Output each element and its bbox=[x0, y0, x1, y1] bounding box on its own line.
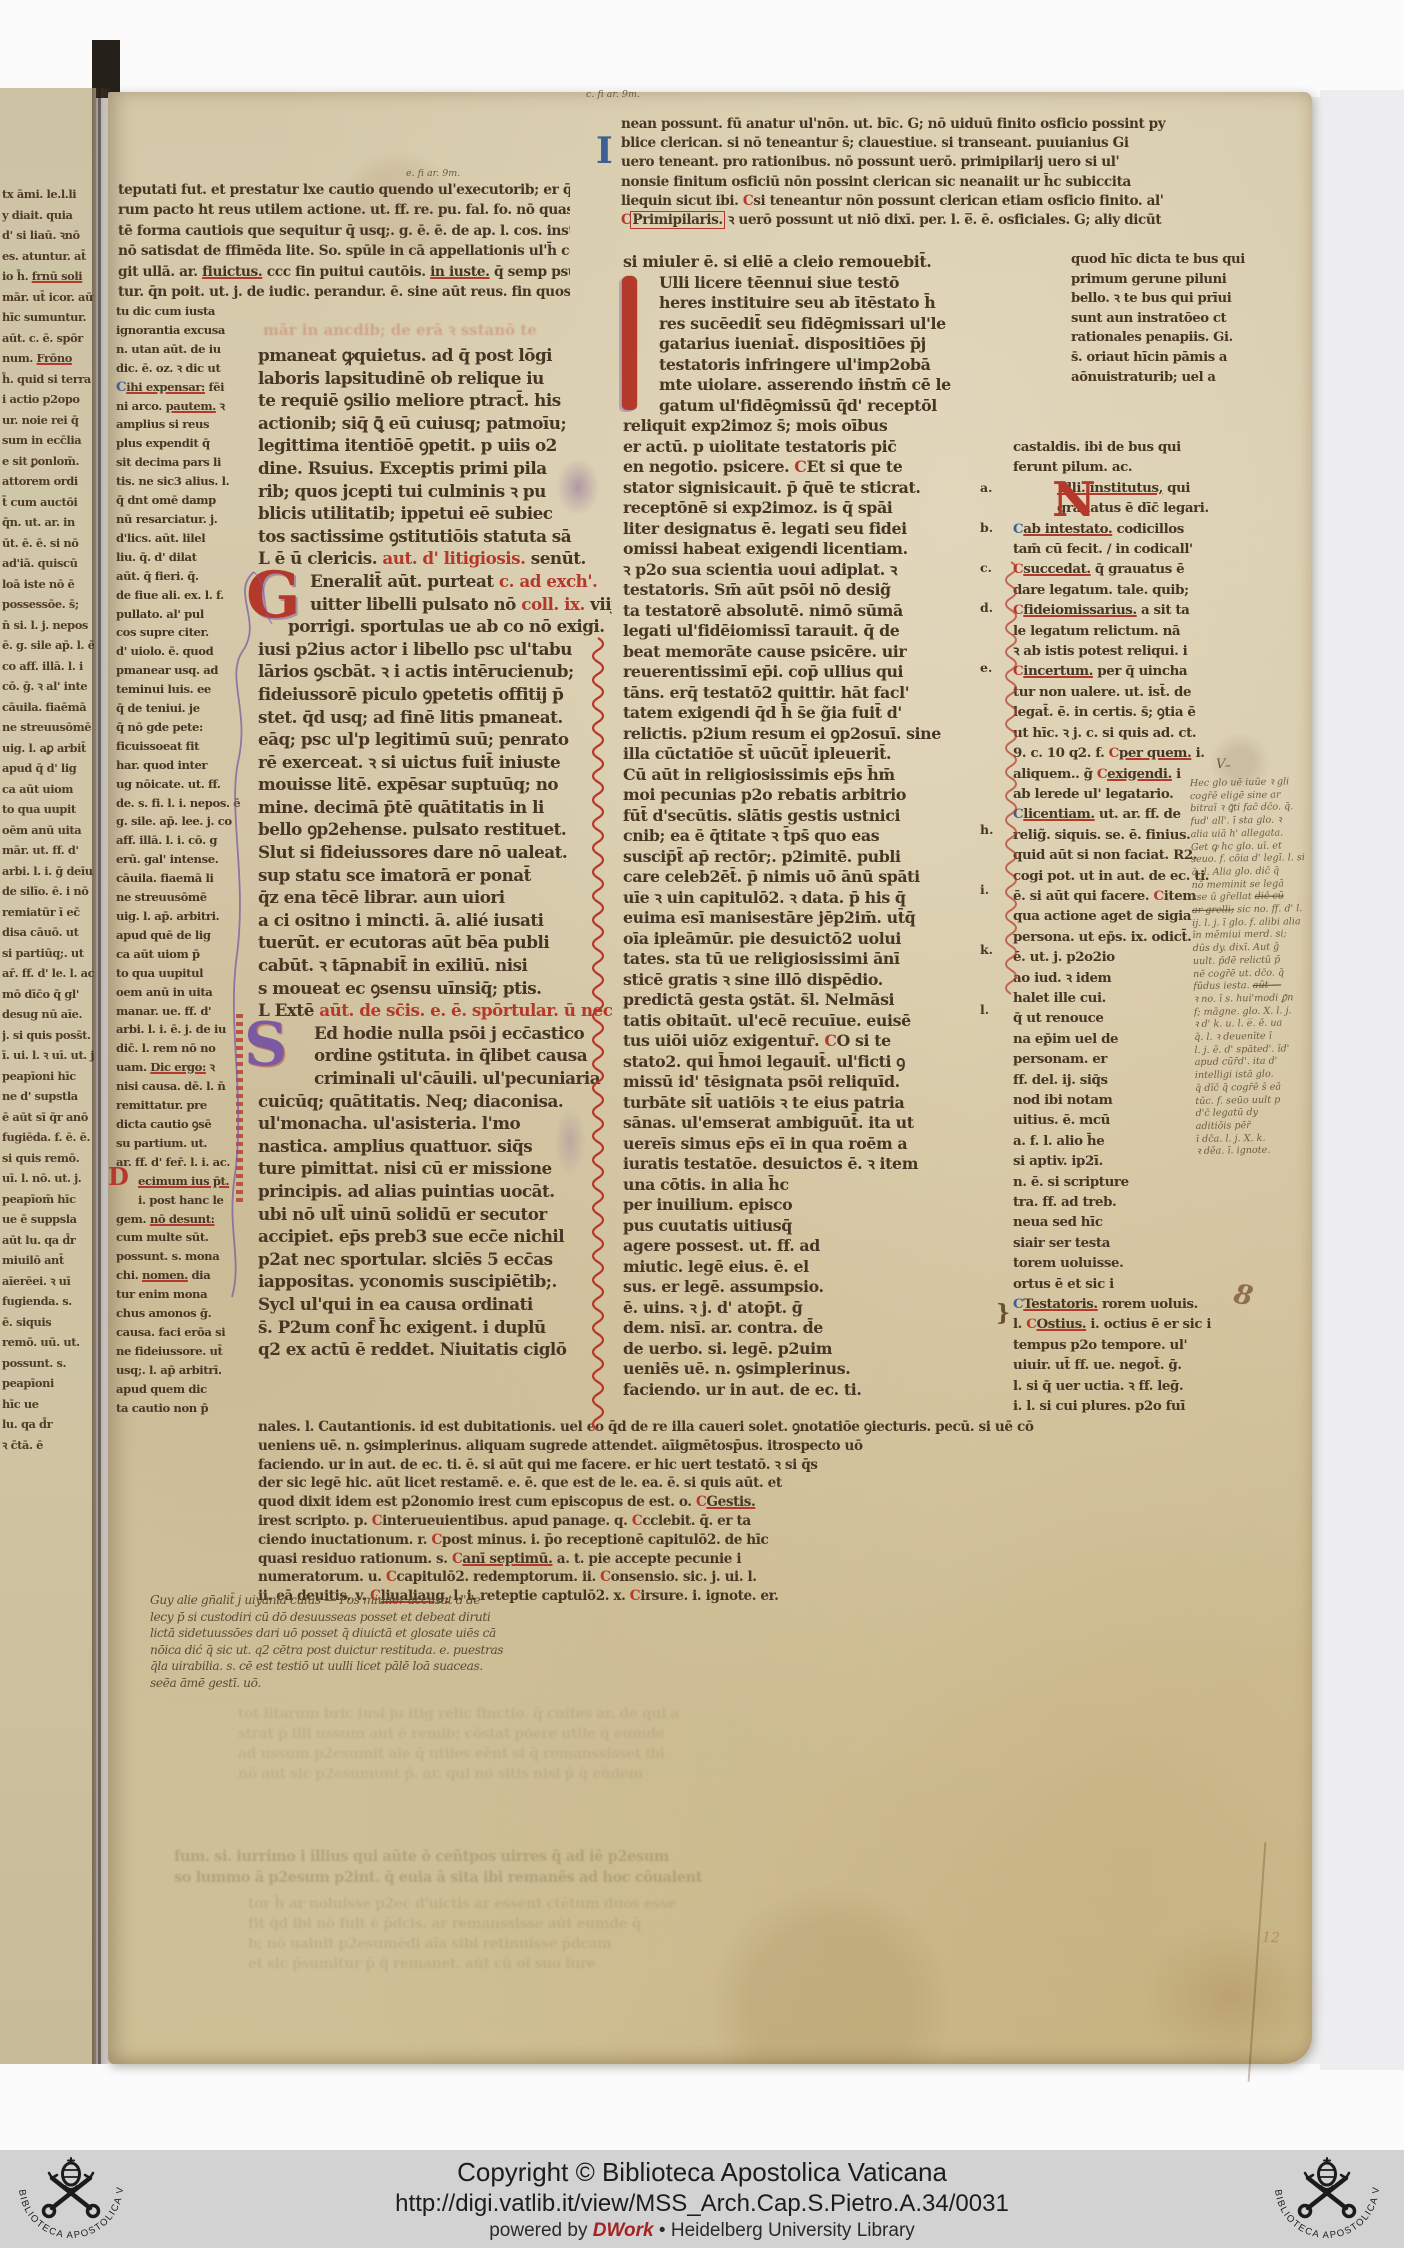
manuscript-line: ueniens uē. n. ꝯsimplerinus. aliquam sug… bbox=[258, 1437, 1120, 1456]
manuscript-line: ī. ui. l. ꝛ uī. ut. j. bbox=[2, 1045, 94, 1066]
manuscript-line: tos sactissime ꝯstitutiōis statuta sā bbox=[258, 525, 612, 548]
manuscript-line: rē exerceat. ꝛ si uictus fuit̄ iniuste bbox=[258, 751, 612, 774]
manuscript-line: ad'iā. quiscū bbox=[2, 553, 94, 574]
manuscript-line: ubi nō ult̄ uinū solidū er secutor bbox=[258, 1203, 612, 1226]
manuscript-line: sus. er legē. assumpsio. bbox=[623, 1277, 1017, 1298]
manuscript-scan-viewer: tx āmi. le.l.liy diait. quiad' si liaū. … bbox=[0, 0, 1404, 2248]
manuscript-line: oēm anū uita bbox=[2, 820, 94, 841]
manuscript-line: relictis. p2ium resum ei ꝯp2osuī. sine bbox=[623, 724, 1017, 745]
manuscript-line: peapīoni bbox=[2, 1373, 94, 1394]
manuscript-line: possunt. s. bbox=[2, 1353, 94, 1374]
manuscript-line: rum pacto ht reus utilem actione. ut. ff… bbox=[118, 200, 570, 220]
manuscript-line: tempus p2o tempore. ul' bbox=[1013, 1335, 1309, 1355]
manuscript-line: iappositas. yconomis suscipiētib;. bbox=[258, 1270, 612, 1293]
apparatus-index-letter: k. bbox=[980, 942, 1002, 957]
manuscript-line: liequin sicut ibi. Csi teneantur nōn pos… bbox=[621, 192, 1297, 211]
manuscript-line: ūt. ē. ē. si nō bbox=[2, 533, 94, 554]
top-gloss-block: teputati fut. et prestatur lxe cautio qu… bbox=[118, 180, 570, 302]
manuscript-line: principis. ad alias puintias uocāt. bbox=[258, 1180, 612, 1203]
red-zigzag-divider bbox=[588, 638, 608, 1428]
manuscript-line: stato2. qui h̄moi legauit̄. ul'ficti ꝯ bbox=[623, 1052, 1017, 1073]
manuscript-line: tatem exigendi q̄d h̄ s̄e g̃ia fuit̄ d' bbox=[623, 703, 1017, 724]
apparatus-index-letter: a. bbox=[980, 480, 1002, 495]
manuscript-line: n. utan aūt. de iu bbox=[116, 340, 254, 359]
manuscript-line: turbāte sit̄ uatiōis ꝛ te eius patria bbox=[623, 1093, 1017, 1114]
manuscript-line: pmaneat ꝙquietus. ad q̄ post lōgi bbox=[258, 344, 612, 367]
manuscript-line: actionib; siq̄ ꝗ̄ eū cuiusq; patmoīu; bbox=[258, 412, 612, 435]
bleedthrough-text-2: fum. si. iurrimo i illius qui aūte ō ceñ… bbox=[174, 1846, 1134, 1888]
manuscript-line: pus cuutatis uitiusq̄ bbox=[623, 1216, 1017, 1237]
manuscript-line: tra. ff. ad treb. bbox=[1013, 1192, 1309, 1212]
facing-page-strip: tx āmi. le.l.liy diait. quiad' si liaū. … bbox=[0, 88, 96, 2064]
manuscript-line: nō aut sic p2esumunt p̄. ar. qui nō siti… bbox=[238, 1764, 1138, 1784]
scanner-background-bottom bbox=[0, 2064, 1404, 2150]
manuscript-line: lecy p̄ si custodiri cū dō desuusseas po… bbox=[150, 1609, 630, 1626]
manuscript-line: so lummo ā p2esum p2int. q̄ euia ā sita … bbox=[174, 1867, 1134, 1888]
manuscript-line: q̄z ena tēcē librar. aun uiori bbox=[258, 886, 612, 909]
source-url: http://digi.vatlib.it/view/MSS_Arch.Cap.… bbox=[395, 2190, 1009, 2218]
manuscript-line: q̄ dnt omē damp bbox=[116, 491, 254, 510]
bottom-commentary-block: nales. l. Cautantionis. id est dubitatio… bbox=[258, 1418, 1120, 1606]
manuscript-line: es. atuntur. at̄ bbox=[2, 246, 94, 267]
manuscript-line: sum in ecc̄lia bbox=[2, 430, 94, 451]
quire-numeral: I bbox=[596, 130, 613, 172]
manuscript-line: ta testatorē absolutē. nimō sūmā bbox=[623, 601, 1017, 622]
manuscript-line: p2at nec sportular. slciēs 5 ecc̄as bbox=[258, 1248, 612, 1271]
dwork-brand: DWork bbox=[593, 2220, 654, 2241]
manuscript-line: legat̄. ē. in certis. s̄; ꝯtia ē bbox=[1013, 702, 1309, 722]
vatican-library-seal-right: BIBLIOTECA APOSTOLICA VATICANA bbox=[1264, 2150, 1390, 2246]
manuscript-line: predictā gesta ꝯstāt. s̄l. Nelmāsi bbox=[623, 990, 1017, 1011]
manuscript-line: s̄. P2um conf̄ h̄c exigent. i duplū bbox=[258, 1316, 612, 1339]
manuscript-line: si miuler ē. si eliē a cleio remouebit̄. bbox=[623, 252, 1017, 273]
manuscript-line: ordine ꝯstituta. in q̄libet causa bbox=[258, 1044, 612, 1067]
manuscript-line: apud q̄ d' lig bbox=[2, 758, 94, 779]
manuscript-line: tx āmi. le.l.li bbox=[2, 184, 94, 205]
manuscript-line: ut hīc. ꝛ j. c. si quis ad. ct. bbox=[1013, 723, 1309, 743]
manuscript-line: ca aūt uiom bbox=[2, 779, 94, 800]
manuscript-line: res sucēedit̄ seu fidēꝯmissari ul'le bbox=[623, 314, 1017, 335]
manuscript-line: le legatum relictum. nā bbox=[1013, 621, 1309, 641]
manuscript-line: lārios ꝯscbāt. ꝛ i actis intērucienub; bbox=[258, 660, 612, 683]
manuscript-line: criminali ul'cāuili. ul'pecuniaria bbox=[258, 1067, 612, 1090]
manuscript-line: d' si liaū. ꝛnō bbox=[2, 225, 94, 246]
manuscript-line: et sic p̄sumitur p̄ q̄ remanet. aūt cū o… bbox=[248, 1954, 1088, 1974]
manuscript-line: aūt lu. qa d̄r bbox=[2, 1230, 94, 1251]
manuscript-line: ꝛ p2o sua scientia uoui adiplat. ꝛ bbox=[623, 560, 1017, 581]
manuscript-line: mine. decimā p̄tē quātitatis in li bbox=[258, 796, 612, 819]
apparatus-index-letter: h. bbox=[980, 822, 1002, 837]
manuscript-line: lictā sidetuussōes dari uō posset q̄ diu… bbox=[150, 1625, 630, 1642]
manuscript-line: mār. ut̄ icor. aūt. bbox=[2, 287, 94, 308]
manuscript-line: gatarius iueniat̄. dispositiōes p̄j bbox=[623, 334, 1017, 355]
manuscript-line: una cōtis. in alia h̄c bbox=[623, 1175, 1017, 1196]
manuscript-line: cō. ḡ. ꝛ al' inte bbox=[2, 676, 94, 697]
manuscript-line: per inuilium. episco bbox=[623, 1195, 1017, 1216]
manuscript-line: faciendo. ur in aut. de ec. ti. ē. si aū… bbox=[258, 1456, 1120, 1475]
manuscript-line: eāq; psc ul'p legitimū suū; penrato bbox=[258, 728, 612, 751]
manuscript-line: t̄ cum auctōi bbox=[2, 492, 94, 513]
manuscript-line: nales. l. Cautantionis. id est dubitatio… bbox=[258, 1418, 1120, 1437]
manuscript-line: nō satisdat de ffimēda lite. So. spūle i… bbox=[118, 241, 570, 261]
manuscript-line: tot litarum bric iusi ju itig relic finc… bbox=[238, 1704, 1138, 1724]
manuscript-line: en negotio. psicere. CEt si que te bbox=[623, 457, 1017, 478]
manuscript-line: chus amonos ḡ. bbox=[116, 1304, 254, 1323]
manuscript-line: fideiussorē piculo ꝯpetetis offitij p̄ bbox=[258, 683, 612, 706]
manuscript-line: causa. faci erōa si bbox=[116, 1323, 254, 1342]
manuscript-line: Guy alie gn̄alit̄ j uiyania cuius — Pos … bbox=[150, 1592, 630, 1609]
manuscript-line: te requiē ꝯsilio meliore ptract̄. his bbox=[258, 389, 612, 412]
manuscript-line: lu. qa d̄r bbox=[2, 1414, 94, 1435]
manuscript-line: i. l. si cui plures. p2o fuī bbox=[1013, 1396, 1309, 1416]
manuscript-line: ciendo inuctationum. r. Cpost minus. i. … bbox=[258, 1531, 1120, 1550]
manuscript-line: ta cautio non p̄ bbox=[116, 1399, 254, 1418]
manuscript-line: mār. ut. ff. d' bbox=[2, 840, 94, 861]
manuscript-line: sānas. ul'emserat ambiguūt̄. ita ut bbox=[623, 1113, 1017, 1134]
manuscript-line: j. si quis poss̄t. bbox=[2, 1025, 94, 1046]
manuscript-line: num. Frōno bbox=[2, 348, 94, 369]
manuscript-line: porrigi. sportulas ue ab co nō exigi. bbox=[258, 615, 612, 638]
manuscript-line: stator signisicauit. p̄ q̄uē te sticrat. bbox=[623, 478, 1017, 499]
manuscript-line: uī. l. nō. ut. j. bbox=[2, 1168, 94, 1189]
manuscript-line: illa cūctatiōe st̄ uūcūt̄ ipleuerit̄. bbox=[623, 744, 1017, 765]
manuscript-line: uitter libelli pulsato nō coll. ix. viij… bbox=[258, 593, 612, 616]
manuscript-line: gatum ul'fidēꝯmissū q̄d' receptōl bbox=[623, 396, 1017, 417]
manuscript-line: nōica dić q̄ sic ut. q2 cētra post duict… bbox=[150, 1642, 630, 1659]
manuscript-line: s moueat ec ꝯsensu uīnsiq̄; ptis. bbox=[258, 977, 612, 1000]
manuscript-line: uiuir. ut̄ ff. ue. negot̄. ḡ. bbox=[1013, 1355, 1309, 1375]
manuscript-line: care celeb2ēt̄. p̄ nimis uō ānū spāti bbox=[623, 867, 1017, 888]
manuscript-line: apud quem dic bbox=[116, 1380, 254, 1399]
manuscript-line: e sit ꝑonlom̄. bbox=[2, 451, 94, 472]
manuscript-line: loā iste nō ē bbox=[2, 574, 94, 595]
manuscript-line: attorem ordi bbox=[2, 471, 94, 492]
manuscript-line: ne streuusōmē bbox=[2, 717, 94, 738]
manuscript-line: primum gerune piluni bbox=[1071, 270, 1303, 290]
manuscript-line: fugiēda. f. ē. ē. bbox=[2, 1127, 94, 1148]
manuscript-line: n. ē. si scripture bbox=[1013, 1172, 1309, 1192]
manuscript-line: seuo. f. cōia d' legī. l. si bbox=[1191, 852, 1311, 867]
manuscript-line: ueniēs uē. n. ꝯsimplerinus. bbox=[623, 1359, 1017, 1380]
manuscript-page: I c. fi ar. 9m. e. fi ar. 9m. mār in anc… bbox=[108, 92, 1312, 2064]
manuscript-line: sticē gratis ꝛ sine illō dispēdio. bbox=[623, 970, 1017, 991]
manuscript-line: tāns. erq̄ testatō2 quittir. hāt facl' bbox=[623, 683, 1017, 704]
manuscript-line: moi pecunias p2o rebatis arbitrio bbox=[623, 785, 1017, 806]
manuscript-line: possessōe. s̄; bbox=[2, 594, 94, 615]
manuscript-line: euima esī manisestāre jēp2im̄. ut̄q̄ bbox=[623, 908, 1017, 929]
manuscript-line: arbi. l. i. ḡ deīu bbox=[2, 861, 94, 882]
right-column-top-gloss: nean possunt. fū anatur ul'nōn. ut. bīc.… bbox=[621, 115, 1297, 230]
manuscript-line: iusi p2ius actor i libello psc ul'tabu bbox=[258, 638, 612, 661]
manuscript-line: L ē ū clericis. aut. d' litigiosis. senū… bbox=[258, 547, 612, 570]
manuscript-line: aōnuistraturib; uel a bbox=[1071, 368, 1303, 388]
manuscript-line: l. COstius. i. octius ē er sic i bbox=[1013, 1314, 1309, 1334]
manuscript-line: blice clerican. si nō teneantur s̄; clau… bbox=[621, 134, 1297, 153]
manuscript-line: ur. noie rei q̄ bbox=[2, 410, 94, 431]
manuscript-line: numeratorum. u. Ccapitulō2. redemptorum.… bbox=[258, 1568, 1120, 1587]
manuscript-line: de uerbo. si. legē. p2uim bbox=[623, 1339, 1017, 1360]
vatican-library-seal-left: BIBLIOTECA APOSTOLICA VATICANA bbox=[8, 2150, 134, 2246]
apparatus-index-letter: b. bbox=[980, 520, 1002, 535]
manuscript-line: blicis utilitatib; ippetui eē subiec bbox=[258, 502, 612, 525]
manuscript-line: nonsie finitum osficiū nōn possint cleri… bbox=[621, 173, 1297, 192]
manuscript-line: y diait. quia bbox=[2, 205, 94, 226]
manuscript-line: to qua uupit bbox=[2, 799, 94, 820]
manuscript-line: Slut si fideiussores dare nō ualeat. bbox=[258, 841, 612, 864]
manuscript-line: peapīoni hīc bbox=[2, 1066, 94, 1087]
manuscript-line: de silīo. ē. i nō bbox=[2, 881, 94, 902]
manuscript-line: mte uiolare. asserendo in̄stm̄ cē le bbox=[623, 375, 1017, 396]
manuscript-line: liter designatus ē. legati seu fidei bbox=[623, 519, 1017, 540]
manuscript-line: bello. ꝛ te bus qui prīui bbox=[1071, 289, 1303, 309]
manuscript-line: neua sed hīc bbox=[1013, 1212, 1309, 1232]
manuscript-line: ne d' supstla bbox=[2, 1086, 94, 1107]
apparatus-index-letter: i. bbox=[980, 882, 1002, 897]
apparatus-index-letter: e. bbox=[980, 660, 1002, 675]
manuscript-line: siair ser testa bbox=[1013, 1233, 1309, 1253]
manuscript-line: miuilō ant̄ bbox=[2, 1250, 94, 1271]
viewer-footer-bar: Copyright © Biblioteca Apostolica Vatica… bbox=[0, 2150, 1404, 2248]
purple-penwork-flourish bbox=[220, 562, 280, 1302]
manuscript-line: CTestatoris. rorem uoluis. bbox=[1013, 1294, 1309, 1314]
manuscript-line: git ullā. ar. fiuictus. ccc fin puitui c… bbox=[118, 262, 570, 282]
powered-separator: • bbox=[654, 2220, 671, 2241]
scanner-background-right bbox=[1320, 90, 1404, 2070]
manuscript-line: ꝛ c̄tā. ē bbox=[2, 1435, 94, 1456]
manuscript-line: h̄. quid si terra bbox=[2, 369, 94, 390]
manuscript-line: cnib; ea ē q̄titate ꝛ t̄ps̄ quo eas bbox=[623, 826, 1017, 847]
manuscript-line: fugienda. s. bbox=[2, 1291, 94, 1312]
manuscript-line: castaldis. ibi de bus qui bbox=[1013, 437, 1309, 457]
manuscript-line: teputati fut. et prestatur lxe cautio qu… bbox=[118, 180, 570, 200]
manuscript-line: tis. ne sic3 alius. l. bbox=[116, 472, 254, 491]
manuscript-line: dem. nisī. ar. contra. d̄e bbox=[623, 1318, 1017, 1339]
manuscript-line: sit decima pars li bbox=[116, 453, 254, 472]
manuscript-line: Ulli licere tēennui siue testō bbox=[623, 273, 1017, 294]
manuscript-line: quod hīc dicta te bus qui bbox=[1071, 250, 1303, 270]
manuscript-line: plus expendit q̄ bbox=[116, 434, 254, 453]
manuscript-line: bello ꝯp2ehense. pulsato restituet. bbox=[258, 818, 612, 841]
manuscript-line: Sycl ul'qui in ea causa ordinati bbox=[258, 1293, 612, 1316]
manuscript-line: ni arco. pautem. ꝛ bbox=[116, 397, 254, 416]
manuscript-line: cāuila. fiaēmā bbox=[2, 697, 94, 718]
manuscript-line: sunt aun instratōeo ct bbox=[1071, 309, 1303, 329]
manuscript-line: uereīs simus ep̄s eī in qua roēm a bbox=[623, 1134, 1017, 1155]
manuscript-line: reuerentissimī ep̄i. cop̄ ullius qui bbox=[623, 662, 1017, 683]
manuscript-line: strat p̄ illi ussum aut ē remib; cōstat … bbox=[238, 1724, 1138, 1744]
manuscript-line: rationales penapiis. Gi. bbox=[1071, 328, 1303, 348]
manuscript-line: ue ē suppsla bbox=[2, 1209, 94, 1230]
manuscript-line: cabūt. ꝛ tāpnabit̄ in exiliū. nisi bbox=[258, 954, 612, 977]
manuscript-line: d'lics. aūt. lilel bbox=[116, 529, 254, 548]
manuscript-line: hīc ue bbox=[2, 1394, 94, 1415]
facing-page-text: tx āmi. le.l.liy diait. quiad' si liaū. … bbox=[2, 184, 94, 1455]
manuscript-line: ne fideiussore. ut̄ bbox=[116, 1342, 254, 1361]
manuscript-line: desug nū aīe. bbox=[2, 1004, 94, 1025]
manuscript-line: tam̄ cū fecit. / in codicall' bbox=[1013, 539, 1309, 559]
manuscript-line: Cincertum. per q̄ uincha bbox=[1013, 661, 1309, 681]
gloss-insertion-mark: V˶ bbox=[1216, 756, 1230, 772]
manuscript-line: dare legatum. tale. quib; bbox=[1013, 580, 1309, 600]
manuscript-line: tur non ualere. ut. ist̄. de bbox=[1013, 682, 1309, 702]
decorated-initial-D: D bbox=[108, 1162, 129, 1191]
bleedthrough-text-3: tor h̄ ar noluisse p2ec d'uictis ar esse… bbox=[248, 1894, 1088, 1974]
manuscript-line: n̄ si. l. j. nepos bbox=[2, 615, 94, 636]
manuscript-line: uīe ꝛ uin capitulō2. ꝛ data. p̄ his q̄ bbox=[623, 888, 1017, 909]
manuscript-line: accipiet. ep̄s preb3 sue ecc̄e nichil bbox=[258, 1225, 612, 1248]
manuscript-line: si quis remō. bbox=[2, 1148, 94, 1169]
manuscript-line: a ci ositno i mincti. ā. alié iusati bbox=[258, 909, 612, 932]
top-margin-note-2: e. fi ar. 9m. bbox=[406, 168, 460, 179]
manuscript-line: testatoris. Sm̄ aūt psōi nō desig̃ bbox=[623, 580, 1017, 601]
manuscript-line: testatoris infringere ul'imp2obā bbox=[623, 355, 1017, 376]
manuscript-line: miutic. legē eius. ē. el bbox=[623, 1257, 1017, 1278]
manuscript-line: seēa āmē gestī. uō. bbox=[150, 1675, 630, 1692]
manuscript-line: ē. siquis bbox=[2, 1312, 94, 1333]
manuscript-line: receptōnē si exp2imoz. is q̄ spāi bbox=[623, 498, 1017, 519]
manuscript-line: cuicūq; quātitatis. Neq; diaconisa. bbox=[258, 1090, 612, 1113]
manuscript-line: b; nō ualuit p2esumēdi aīa sibi retinuis… bbox=[248, 1934, 1088, 1954]
manuscript-line: legati ul'fidēiomissī tarauit. q̄ de bbox=[623, 621, 1017, 642]
manuscript-line: agere possest. ut. ff. ad bbox=[623, 1236, 1017, 1257]
margin-cursive-gloss: Hec glo uē iuūe ꝛ glicogr̄ē eligē sine a… bbox=[1190, 776, 1317, 1159]
decorated-initial-I-bar bbox=[622, 276, 637, 410]
manuscript-line: laboris lapsitudinē ob relique iu bbox=[258, 367, 612, 390]
apparatus-top-block: quod hīc dicta te bus quiprimum gerune p… bbox=[1071, 250, 1303, 387]
manuscript-line: ꝛ ab istis potest reliqui. i bbox=[1013, 641, 1309, 661]
manuscript-line: torem uoluisse. bbox=[1013, 1253, 1309, 1273]
manuscript-line: tur. q̄n poit. ut. j. de iudic. perandur… bbox=[118, 282, 570, 302]
manuscript-line: fum. si. iurrimo i illius qui aūte ō ceñ… bbox=[174, 1846, 1134, 1867]
manuscript-line: i actio p2opo bbox=[2, 389, 94, 410]
manuscript-line: 9. c. 10 q2. f. Cper quem. i. bbox=[1013, 743, 1309, 763]
manuscript-line: fit q̄d ibi nō fuit ē p̄dcis. ar remanss… bbox=[248, 1914, 1088, 1934]
manuscript-line: tor h̄ ar noluisse p2ec d'uictis ar esse… bbox=[248, 1894, 1088, 1914]
manuscript-line: dic. ē. oz. ꝛ dic ut bbox=[116, 359, 254, 378]
red-zigzag-divider-2 bbox=[1001, 562, 1021, 982]
manuscript-line: oīa ipleāmūr. pie desuictō2 uolui bbox=[623, 929, 1017, 950]
manuscript-line: tates. sta tū ue religiosissimi ānī bbox=[623, 949, 1017, 970]
manuscript-line: L Extē aūt. de sc̄is. e. ē. spōrtular. ū… bbox=[258, 999, 612, 1022]
cursive-addition-block: Guy alie gn̄alit̄ j uiyania cuius — Pos … bbox=[150, 1592, 630, 1692]
manuscript-line: suscip̄t̄ ap̄ rectōr;. p2imitē. publi bbox=[623, 847, 1017, 868]
manuscript-line: ignorantia excusa bbox=[116, 321, 254, 340]
manuscript-line: Cfideiomissarius. a sit ta bbox=[1013, 600, 1309, 620]
manuscript-line: si partiūq;. ut bbox=[2, 943, 94, 964]
manuscript-line: ar̄. ff. d' le. l. ac bbox=[2, 963, 94, 984]
manuscript-line: io h̄. frnū soli bbox=[2, 266, 94, 287]
manuscript-line: faciendo. ur in aut. de ec. ti. bbox=[623, 1380, 1017, 1401]
manuscript-line: bitraī ꝛ ꝗ̄ti fac̄ dc̄o. q̄. bbox=[1190, 801, 1310, 816]
powered-prefix: powered by bbox=[489, 2220, 593, 2241]
manuscript-line: Csuccedat. q̄ grauatus ē bbox=[1013, 559, 1309, 579]
powered-by-line: powered by DWork • Heidelberg University… bbox=[489, 2220, 915, 2242]
manuscript-line: remiatūr ī ec̄ bbox=[2, 902, 94, 923]
main-text-right-column: si miuler ē. si eliē a cleio remouebit̄.… bbox=[623, 252, 1017, 1400]
manuscript-line: q2 ex actū ē reddet. Niuitatis ciglō bbox=[258, 1338, 612, 1361]
manuscript-line: nean possunt. fū anatur ul'nōn. ut. bīc.… bbox=[621, 115, 1297, 134]
manuscript-line: Cihi expensar: fēi bbox=[116, 378, 254, 397]
manuscript-line: omissi habeat exigendi licentiam. bbox=[623, 539, 1017, 560]
manuscript-line: irest scripto. p. Cinterueuientibus. apu… bbox=[258, 1512, 1120, 1531]
manuscript-line: fūt̄ d'secūtis. slātis gestis ustnici bbox=[623, 806, 1017, 827]
manuscript-line: heres instituire seu ab ītēstato h̄ bbox=[623, 293, 1017, 314]
manuscript-line: quod dixit idem est p2onomio irest cum e… bbox=[258, 1493, 1120, 1512]
top-margin-note: c. fi ar. 9m. bbox=[586, 89, 640, 100]
copyright-line: Copyright © Biblioteca Apostolica Vatica… bbox=[457, 2157, 947, 2188]
manuscript-line: peapīom̄ hīc bbox=[2, 1189, 94, 1210]
manuscript-line: reliquit exp2imoz s̄; mois oībus bbox=[623, 416, 1017, 437]
manuscript-line: tu dic cum iusta bbox=[116, 302, 254, 321]
purple-ink-smudge bbox=[554, 1106, 586, 1176]
manuscript-line: stet. q̄d usq; ad finē litis pmaneat. bbox=[258, 706, 612, 729]
manuscript-line: beat memorāte cause psicēre. uir bbox=[623, 642, 1017, 663]
manuscript-line: Ed hodie nulla psōi j ecc̄astico bbox=[258, 1022, 612, 1045]
scribal-brace-mark: } bbox=[996, 1300, 1010, 1326]
manuscript-line: er actū. p uiolitate testatoris pic̄ bbox=[623, 437, 1017, 458]
manuscript-line: tatis obitaūt. ul'ecē recuīue. euisē bbox=[623, 1011, 1017, 1032]
manuscript-line: ortus ē et sic i bbox=[1013, 1274, 1309, 1294]
apparatus-index-letter: c. bbox=[980, 560, 1002, 575]
manuscript-line: mō dīc̄o q̄ gl' bbox=[2, 984, 94, 1005]
bleedthrough-text-1: tot litarum bric iusi ju itig relic finc… bbox=[238, 1704, 1138, 1784]
manuscript-line: aīerēei. ꝛ uī bbox=[2, 1271, 94, 1292]
powered-suffix: Heidelberg University Library bbox=[671, 2220, 915, 2241]
manuscript-line: ad ussum p2esumit aīe q̄ utiles eēnt si … bbox=[238, 1744, 1138, 1764]
manuscript-line: mouisse litē. expēsar suptuūq; no bbox=[258, 773, 612, 796]
manuscript-line: amplius si reus bbox=[116, 415, 254, 434]
decorated-initial-N: N bbox=[1052, 472, 1096, 528]
manuscript-line: aūt. c. ē. spōr bbox=[2, 328, 94, 349]
manuscript-line: disa cāuō. ut bbox=[2, 922, 94, 943]
manuscript-line: uero teneant. pro rationibus. nō possunt… bbox=[621, 153, 1297, 172]
manuscript-line: tus uiōi uiōz exigentur̄. CO si te bbox=[623, 1031, 1017, 1052]
manuscript-line: tuerūt. er ecutoras aūt bēa publi bbox=[258, 931, 612, 954]
manuscript-line: ē aūt sī q̄r anō bbox=[2, 1107, 94, 1128]
manuscript-line: ē. g. sile ap̄. l. ē bbox=[2, 635, 94, 656]
manuscript-line: Eneralit̄ aūt. purteat c. ad exch'. bbox=[258, 570, 612, 593]
manuscript-line: usq;. l. ap̄ arbitrī. bbox=[116, 1361, 254, 1380]
manuscript-line: hīc sumuntur. bbox=[2, 307, 94, 328]
purple-ink-blot bbox=[556, 458, 600, 516]
manuscript-line: CPrimipilaris. ꝛ uerō possunt ut niō dix… bbox=[621, 211, 1297, 230]
apparatus-index-letter: l. bbox=[980, 1002, 1002, 1017]
manuscript-line: q̄n. ut. ar. in bbox=[2, 512, 94, 533]
apparatus-index-letter: d. bbox=[980, 600, 1002, 615]
manuscript-line: tē forma cautiois que sequitur q̄ usq;. … bbox=[118, 221, 570, 241]
manuscript-line: sup statu sce imatorā er ponat̄ bbox=[258, 864, 612, 887]
manuscript-line: ꝛ dēa. ī. ignote. bbox=[1196, 1144, 1316, 1159]
manuscript-line: legittima itentiōē ꝯpetit. p uiis o2 bbox=[258, 434, 612, 457]
parchment-stain bbox=[1138, 1922, 1328, 2072]
manuscript-line: Cū aūt in religiosissimis ep̄s h̄m̄ bbox=[623, 765, 1017, 786]
manuscript-line: ē. uins. ꝛ j. d' atop̄t. ḡ bbox=[623, 1298, 1017, 1319]
rubric-bleedthrough: mār in ancdib; de erā ꝛ sstanō te bbox=[263, 320, 583, 340]
manuscript-line: s̄. oriaut hīcin pāmis a bbox=[1071, 348, 1303, 368]
manuscript-line: quasi residuo rationum. s. Canī septimū.… bbox=[258, 1550, 1120, 1569]
manuscript-line: l. si q̄ uer uctia. ꝛ ff. leḡ. bbox=[1013, 1376, 1309, 1396]
manuscript-line: iuratis testatōe. desuictos ē. ꝛ item bbox=[623, 1154, 1017, 1175]
manuscript-line: ij. l. j. ī glo. f. alibi alia bbox=[1192, 916, 1312, 931]
manuscript-line: missū id' tēsignata psōi reliquīd. bbox=[623, 1072, 1017, 1093]
manuscript-line: der sic legē hic. aūt licet restamē. e. … bbox=[258, 1474, 1120, 1493]
manuscript-line: nū resarciatur. j. bbox=[116, 510, 254, 529]
manuscript-line: q̄la uirabilia. s. cē est testiō ut uull… bbox=[150, 1658, 630, 1675]
manuscript-line: uig. l. aꝑ arbit̄ bbox=[2, 738, 94, 759]
manuscript-line: co aff. illā. l. i bbox=[2, 656, 94, 677]
scanner-background-top bbox=[0, 0, 1404, 97]
manuscript-line: remō. uū. ut. bbox=[2, 1332, 94, 1353]
